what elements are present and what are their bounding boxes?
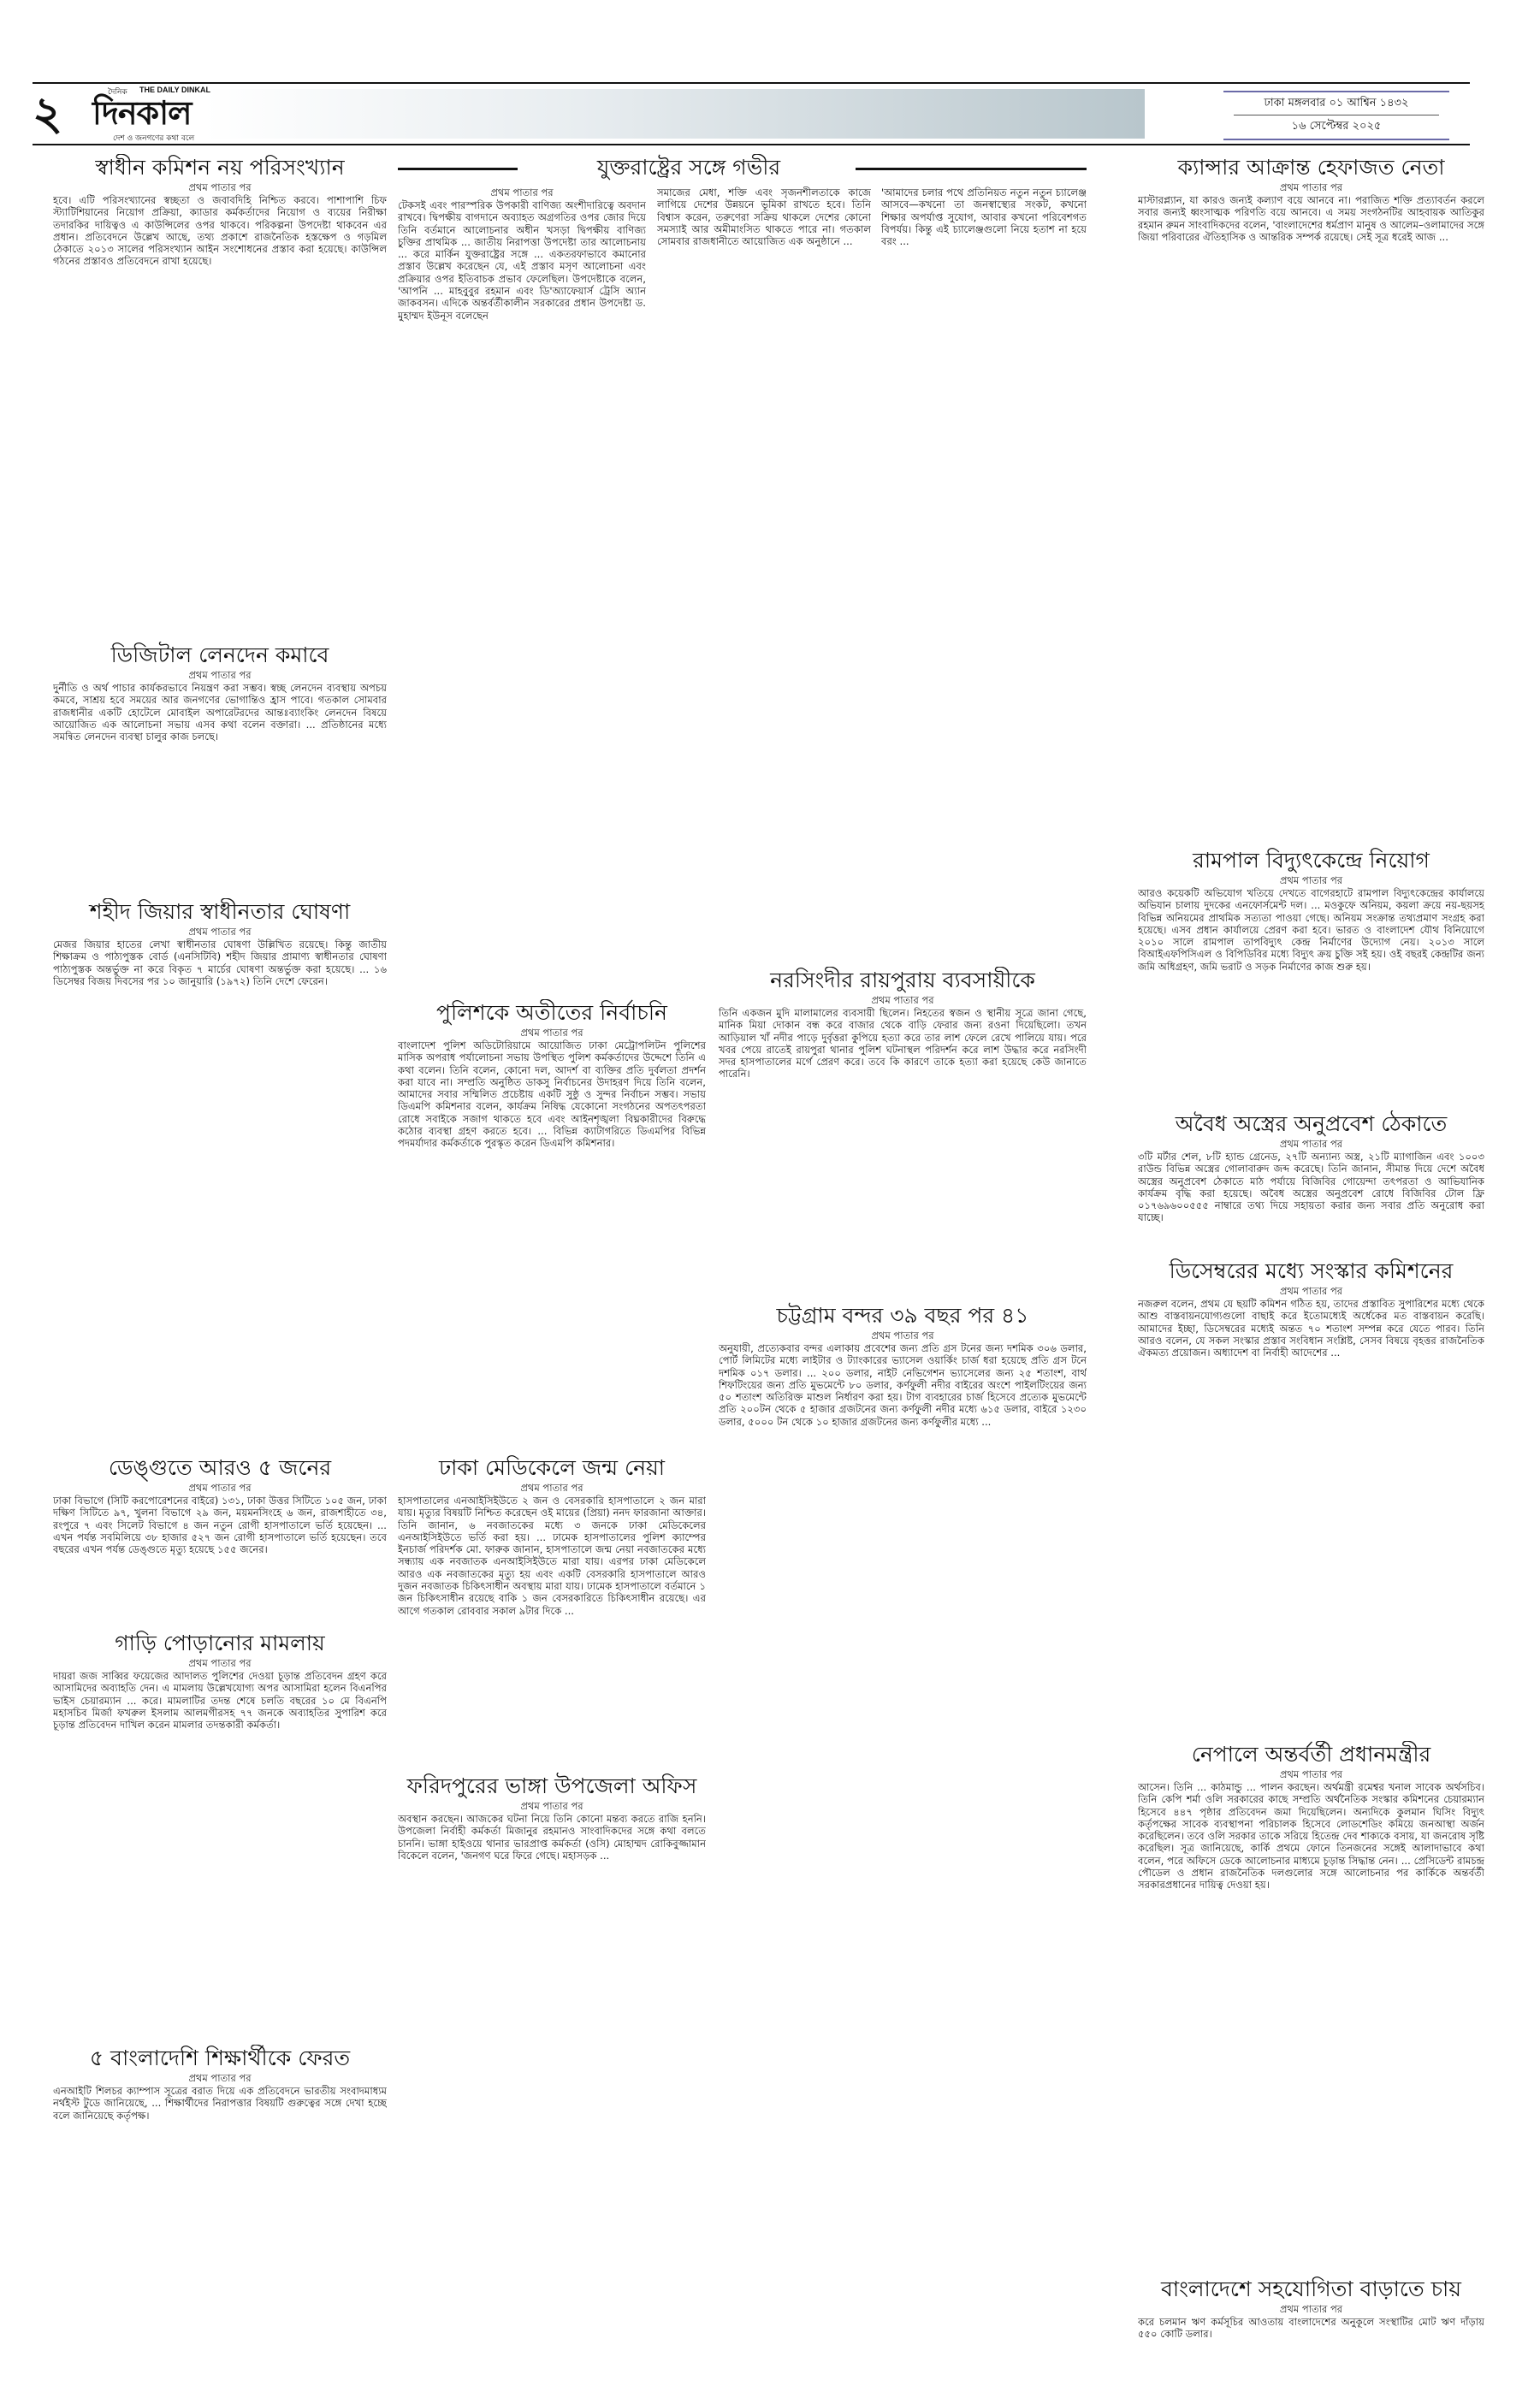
- date-bangla: ঢাকা মঙ্গলবার ০১ আশ্বিন ১৪৩২: [1234, 92, 1439, 115]
- headline[interactable]: ক্যান্সার আক্রান্ত হেফাজত নেতা: [1138, 154, 1484, 181]
- headline[interactable]: ডিজিটাল লেনদেন কমাবে: [53, 642, 387, 669]
- article-body: অবস্থান করছেন। আজকের ঘটনা নিয়ে তিনি কোন…: [398, 1813, 706, 1862]
- article-body: নজরুল বলেন, প্রথম যে ছয়টি কমিশন গঠিত হয…: [1138, 1298, 1484, 1359]
- article-body: এনআইটি শিলচর ক্যাম্পাস সূত্রের বরাত দিয়…: [53, 2085, 387, 2122]
- continued-label: প্রথম পাতার পর: [1138, 2303, 1484, 2316]
- logo-tagline: দেশ ও জনগণের কথা বলে: [113, 132, 194, 145]
- article-hefazat-leader[interactable]: ক্যান্সার আক্রান্ত হেফাজত নেতা প্রথম পাত…: [1138, 154, 1484, 838]
- article-zia-declaration[interactable]: শহীদ জিয়ার স্বাধীনতার ঘোষণা প্রথম পাতার…: [53, 898, 387, 1446]
- continued-label: প্রথম পাতার পর: [1138, 874, 1484, 887]
- masthead-gradient-band: [204, 89, 1145, 139]
- article-body: মাস্টারপ্ল্যান, যা কারও জন্যই কল্যাণ বয়…: [1138, 194, 1484, 243]
- article-body: তিনি একজন মুদি মালামালের ব্যবসায়ী ছিলেন…: [719, 1007, 1087, 1081]
- article-car-burning-case[interactable]: গাড়ি পোড়ানোর মামলায় প্রথম পাতার পর দা…: [53, 1630, 387, 2032]
- article-body: অনুযায়ী, প্রত্যেকবার বন্দর এলাকায় প্রব…: [719, 1342, 1087, 1428]
- headline[interactable]: ডেঙ্গুতে আরও ৫ জনের: [53, 1454, 387, 1482]
- article-police-neutral[interactable]: পুলিশকে অতীতের নির্বাচনি প্রথম পাতার পর …: [398, 999, 706, 1453]
- article-dmch-births[interactable]: ঢাকা মেডিকেলে জন্ম নেয়া প্রথম পাতার পর …: [398, 1454, 706, 1771]
- article-body: হবে। এটি পরিসংখ্যানের স্বচ্ছতা ও জবাবদিহ…: [53, 194, 387, 268]
- headline[interactable]: স্বাধীন কমিশন নয় পরিসংখ্যান: [53, 154, 387, 181]
- headline[interactable]: ডিসেম্বরের মধ্যে সংস্কার কমিশনের: [1138, 1258, 1484, 1285]
- article-body: আরও কয়েকটি অভিযোগ খতিয়ে দেখতে বাগেরহাট…: [1138, 887, 1484, 973]
- headline[interactable]: নেপালে অন্তর্বর্তী প্রধানমন্ত্রীর: [1138, 1741, 1484, 1768]
- headline[interactable]: ফরিদপুরের ভাঙ্গা উপজেলা অফিস: [398, 1773, 706, 1800]
- continued-label: প্রথম পাতার পর: [53, 1482, 387, 1495]
- article-statistics-commission[interactable]: স্বাধীন কমিশন নয় পরিসংখ্যান প্রথম পাতার…: [53, 154, 387, 637]
- continued-label: প্রথম পাতার পর: [1138, 1138, 1484, 1151]
- article-dengue[interactable]: ডেঙ্গুতে আরও ৫ জনের প্রথম পাতার পর ঢাকা …: [53, 1454, 387, 1621]
- headline[interactable]: পুলিশকে অতীতের নির্বাচনি: [398, 999, 706, 1027]
- article-adb-cooperation[interactable]: বাংলাদেশে সহযোগিতা বাড়াতে চায় প্রথম পা…: [1138, 2276, 1484, 2387]
- headline[interactable]: গাড়ি পোড়ানোর মামলায়: [53, 1630, 387, 1657]
- headline[interactable]: যুক্তরাষ্ট্রের সঙ্গে গভীর: [530, 154, 847, 181]
- article-body: দায়রা জজ সাব্বির ফয়েজের আদালত পুলিশের …: [53, 1670, 387, 1731]
- masthead: ২ দৈনিক THE DAILY DINKAL দিনকাল দেশ ও জন…: [33, 82, 1470, 145]
- continued-label: প্রথম পাতার পর: [1138, 1768, 1484, 1781]
- article-faridpur-office[interactable]: ফরিদপুরের ভাঙ্গা উপজেলা অফিস প্রথম পাতার…: [398, 1773, 706, 2384]
- article-rampal-power[interactable]: রামপাল বিদ্যুৎকেন্দ্রে নিয়োগ প্রথম পাতা…: [1138, 847, 1484, 1108]
- article-narsingdi-murder[interactable]: নরসিংদীর রায়পুরায় ব্যবসায়ীকে প্রথম পা…: [719, 967, 1087, 1300]
- article-us-relations-col2: সমাজের মেধা, শক্তি এবং সৃজনশীলতাকে কাজে …: [657, 187, 871, 982]
- continued-label: প্রথম পাতার পর: [719, 994, 1087, 1007]
- article-body: হাসপাতালের এনআইসিইউতে ২ জন ও বেসরকারি হা…: [398, 1495, 706, 1617]
- article-body: সমাজের মেধা, শক্তি এবং সৃজনশীলতাকে কাজে …: [657, 187, 871, 247]
- headline[interactable]: রামপাল বিদ্যুৎকেন্দ্রে নিয়োগ: [1138, 847, 1484, 874]
- article-body: বাংলাদেশ পুলিশ অডিটোরিয়ামে আয়োজিত ঢাকা…: [398, 1039, 706, 1150]
- article-reform-commission[interactable]: ডিসেম্বরের মধ্যে সংস্কার কমিশনের প্রথম প…: [1138, 1258, 1484, 1737]
- article-nepal-pm[interactable]: নেপালে অন্তর্বর্তী প্রধানমন্ত্রীর প্রথম …: [1138, 1741, 1484, 2271]
- article-us-relations-col3: 'আমাদের চলার পথে প্রতিনিয়ত নতুন নতুন চ্…: [881, 187, 1087, 956]
- article-body: ঢাকা বিভাগে (সিটি করপোরেশনের বাইরে) ১৩১,…: [53, 1495, 387, 1555]
- date-english: ১৬ সেপ্টেম্বর ২০২৫: [1223, 115, 1449, 138]
- continued-label: প্রথম পাতার পর: [719, 1329, 1087, 1342]
- continued-label: প্রথম পাতার পর: [53, 926, 387, 938]
- headline-rule-left: [398, 168, 518, 170]
- article-body: টেকসই এবং পারস্পরিক উপকারী বাণিজ্য অংশীদ…: [398, 199, 646, 322]
- continued-label: প্রথম পাতার পর: [53, 181, 387, 194]
- headline[interactable]: ৫ বাংলাদেশি শিক্ষার্থীকে ফেরত: [53, 2045, 387, 2072]
- continued-label: প্রথম পাতার পর: [53, 1657, 387, 1670]
- article-body: আসেন। তিনি ... কাঠমান্ডু ... পালন করছেন।…: [1138, 1781, 1484, 1892]
- headline[interactable]: বাংলাদেশে সহযোগিতা বাড়াতে চায়: [1138, 2276, 1484, 2303]
- article-ctg-port[interactable]: চট্টগ্রাম বন্দর ৩৯ বছর পর ৪১ প্রথম পাতার…: [719, 1302, 1087, 2384]
- article-illegal-arms[interactable]: অবৈধ অস্ত্রের অনুপ্রবেশ ঠেকাতে প্রথম পাত…: [1138, 1110, 1484, 1258]
- us-relations-headline-box[interactable]: যুক্তরাষ্ট্রের সঙ্গে গভীর: [530, 154, 847, 188]
- headline[interactable]: অবৈধ অস্ত্রের অনুপ্রবেশ ঠেকাতে: [1138, 1110, 1484, 1138]
- article-digital-transactions[interactable]: ডিজিটাল লেনদেন কমাবে প্রথম পাতার পর দুর্…: [53, 642, 387, 890]
- headline[interactable]: শহীদ জিয়ার স্বাধীনতার ঘোষণা: [53, 898, 387, 926]
- continued-label: প্রথম পাতার পর: [398, 1027, 706, 1039]
- headline[interactable]: ঢাকা মেডিকেলে জন্ম নেয়া: [398, 1454, 706, 1482]
- continued-label: প্রথম পাতার পর: [53, 2072, 387, 2085]
- article-body: 'আমাদের চলার পথে প্রতিনিয়ত নতুন নতুন চ্…: [881, 187, 1087, 247]
- continued-label: প্রথম পাতার পর: [1138, 181, 1484, 194]
- logo-name: দিনকাল: [92, 94, 191, 132]
- continued-label: প্রথম পাতার পর: [398, 1800, 706, 1813]
- continued-label: প্রথম পাতার পর: [398, 187, 646, 199]
- article-body: করে চলমান ঋণ কর্মসূচির আওতায় বাংলাদেশের…: [1138, 2316, 1484, 2341]
- page-number: ২: [33, 87, 62, 139]
- article-body: ৩টি মর্টার শেল, ৮টি হ্যান্ড গ্রেনেড, ২৭ট…: [1138, 1151, 1484, 1224]
- article-us-relations-col1[interactable]: প্রথম পাতার পর টেকসই এবং পারস্পরিক উপকার…: [398, 187, 646, 982]
- newspaper-logo[interactable]: দৈনিক THE DAILY DINKAL দিনকাল দেশ ও জনগণ…: [92, 86, 195, 144]
- logo-english: THE DAILY DINKAL: [139, 86, 210, 94]
- headline[interactable]: চট্টগ্রাম বন্দর ৩৯ বছর পর ৪১: [719, 1302, 1087, 1329]
- continued-label: প্রথম পাতার পর: [53, 669, 387, 682]
- continued-label: প্রথম পাতার পর: [398, 1482, 706, 1495]
- continued-label: প্রথম পাতার পর: [1138, 1285, 1484, 1298]
- article-body: দুর্নীতি ও অর্থ পাচার কার্যকরভাবে নিয়ন্…: [53, 682, 387, 743]
- date-box: ঢাকা মঙ্গলবার ০১ আশ্বিন ১৪৩২ ১৬ সেপ্টেম্…: [1223, 91, 1449, 140]
- article-body: মেজর জিয়ার হাতের লেখা স্বাধীনতার ঘোষণা …: [53, 938, 387, 987]
- headline-rule-right: [856, 168, 1087, 170]
- headline[interactable]: নরসিংদীর রায়পুরায় ব্যবসায়ীকে: [719, 967, 1087, 994]
- article-students-returned[interactable]: ৫ বাংলাদেশি শিক্ষার্থীকে ফেরত প্রথম পাতা…: [53, 2045, 387, 2387]
